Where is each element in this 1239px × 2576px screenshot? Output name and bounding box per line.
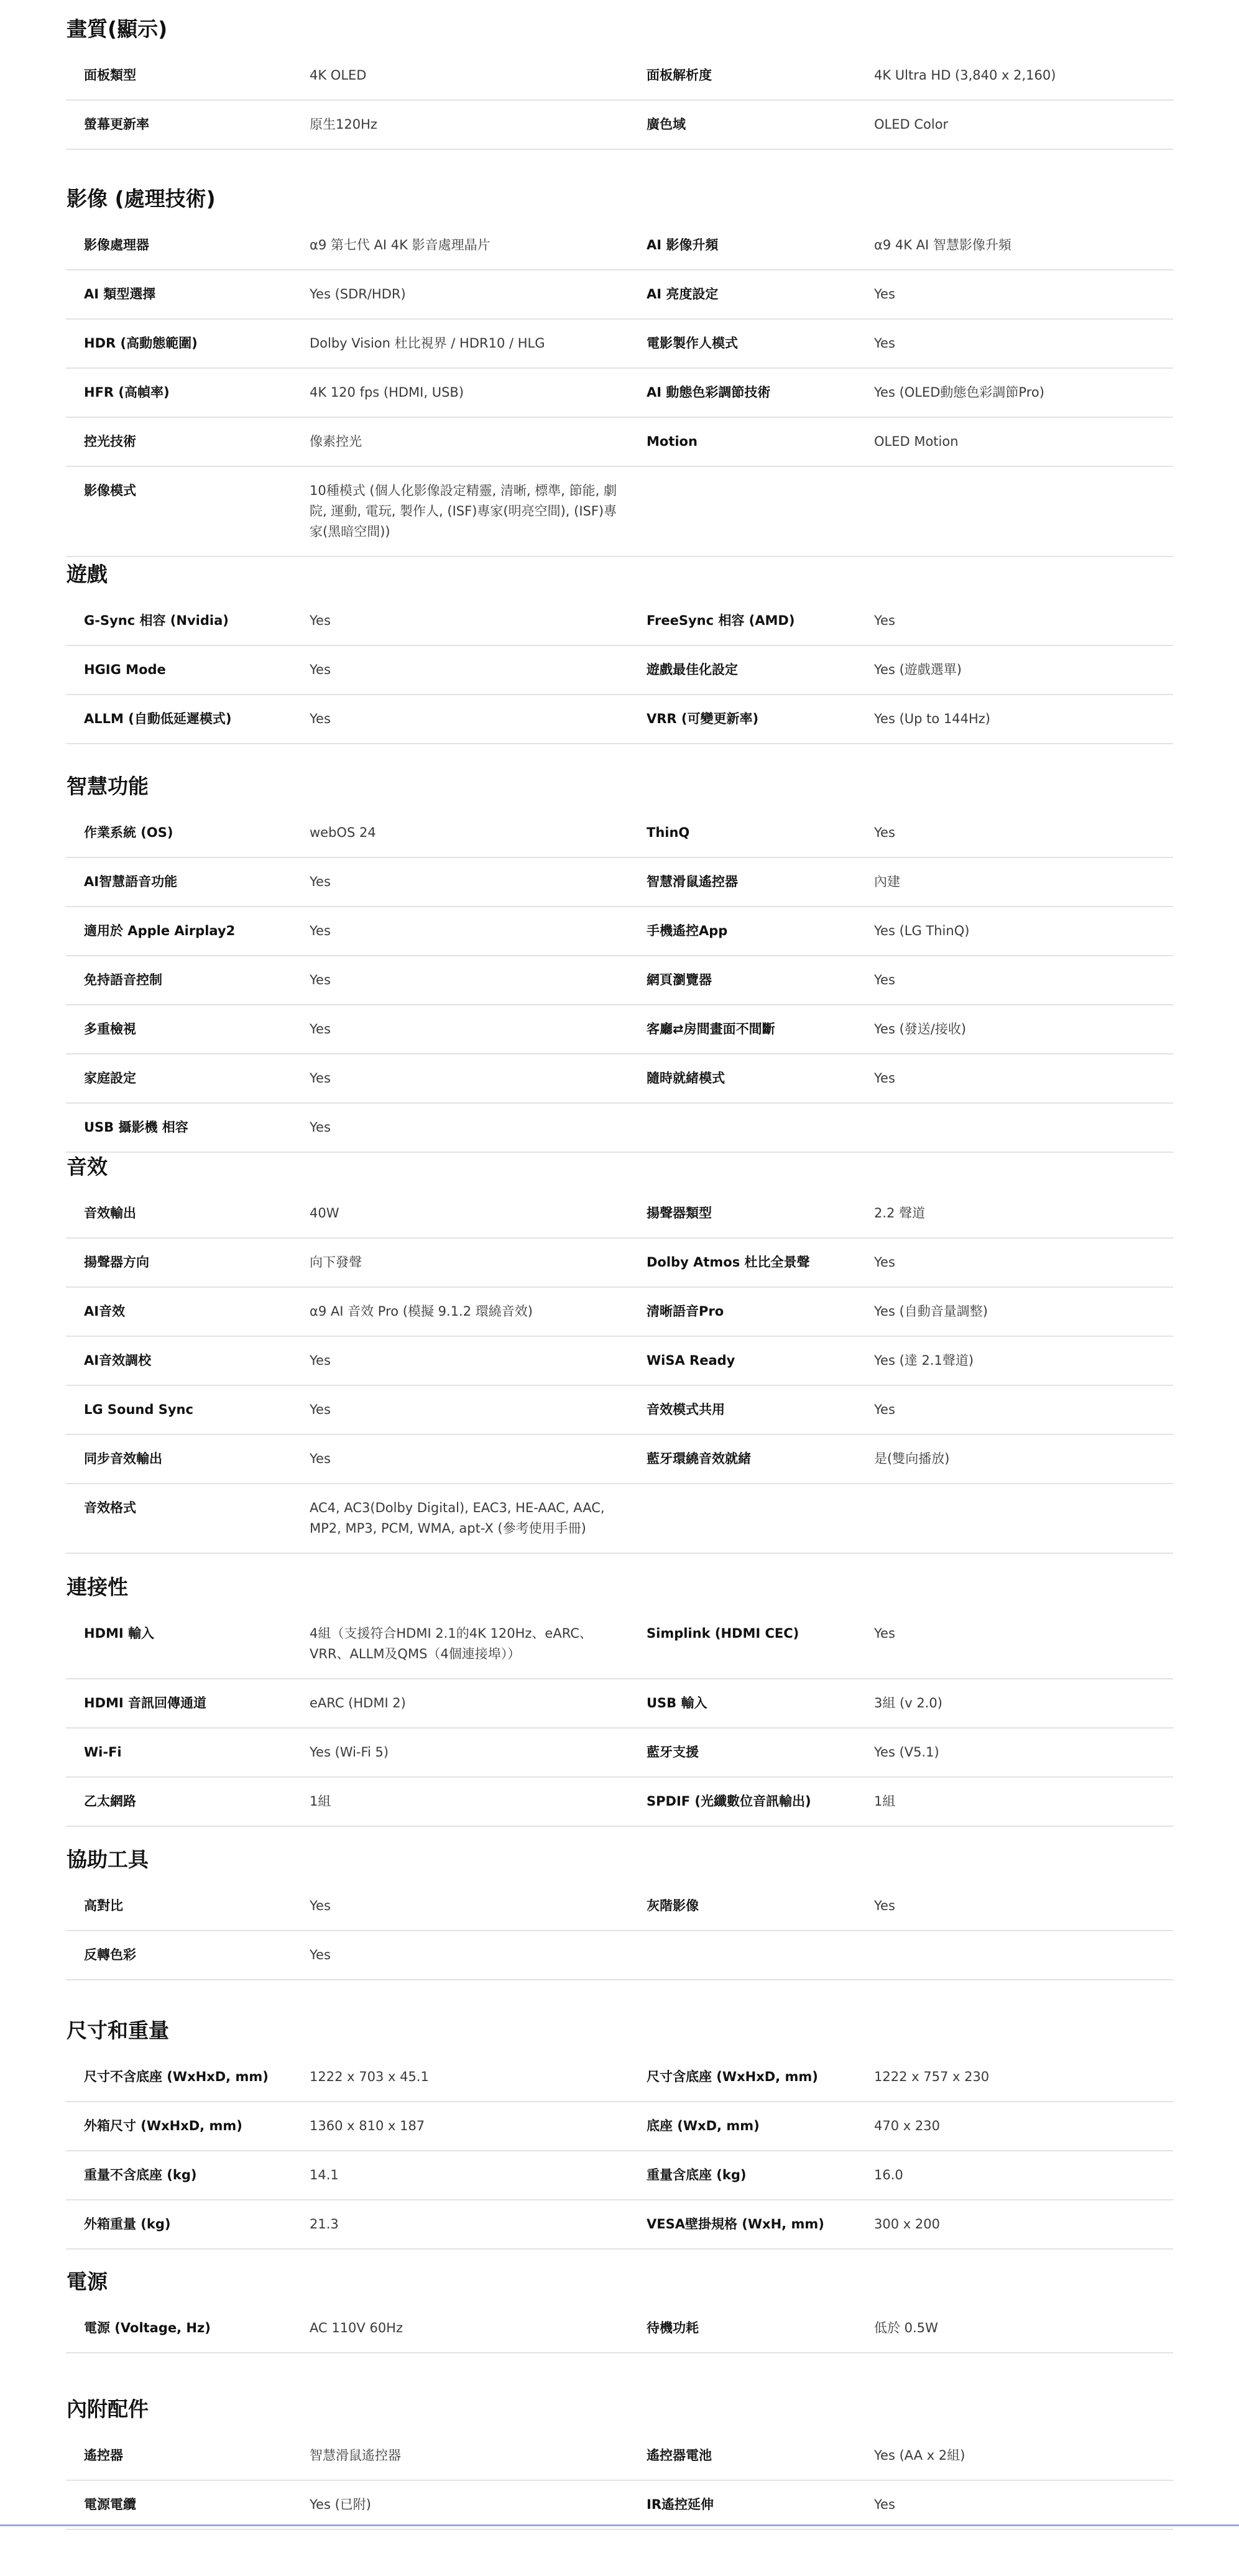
spec-value: eARC (HDMI 2) [310,1679,629,1728]
spec-value: 4組（支援符合HDMI 2.1的4K 120Hz、eARC、VRR、ALLM及Q… [310,1610,629,1679]
spec-label: HDR (高動態範圍) [66,319,310,368]
spec-row: 音效輸出40W揚聲器類型2.2 聲道 [66,1189,1173,1238]
spec-label [629,1103,874,1152]
spec-value: Yes (SDR/HDR) [310,270,629,319]
spec-row: 乙太網路1組SPDIF (光纖數位音訊輸出)1組 [66,1777,1173,1826]
spec-label: AI 亮度設定 [629,270,874,319]
spec-label: 底座 (WxD, mm) [629,2102,874,2151]
spec-row: HFR (高幀率)4K 120 fps (HDMI, USB)AI 動態色彩調節… [66,368,1173,417]
spec-row: 遙控器智慧滑鼠遙控器遙控器電池Yes (AA x 2組) [66,2432,1173,2480]
spec-value: Yes (達 2.1聲道) [874,1336,1173,1385]
spec-value: 1組 [310,1777,629,1826]
spec-table: 影像處理器α9 第七代 AI 4K 影音處理晶片AI 影像升頻α9 4K AI … [66,221,1173,557]
spec-label: 影像模式 [66,466,310,556]
section-title: 內附配件 [66,2397,1173,2422]
spec-label: 高對比 [66,1882,310,1931]
spec-value: Yes [874,597,1173,645]
spec-label: 免持語音控制 [66,956,310,1005]
spec-label: 客廳⇄房間畫面不間斷 [629,1005,874,1054]
spec-label: 電源 (Voltage, Hz) [66,2304,310,2353]
spec-value: Yes (已附) [310,2480,629,2529]
section-title: 尺寸和重量 [66,2018,1173,2043]
spec-value: Yes [874,809,1173,857]
spec-table: 尺寸不含底座 (WxHxD, mm)1222 x 703 x 45.1尺寸含底座… [66,2053,1173,2250]
spec-value: Dolby Vision 杜比視界 / HDR10 / HLG [310,319,629,368]
spec-label: 尺寸不含底座 (WxHxD, mm) [66,2053,310,2102]
spec-value: Yes [310,1005,629,1054]
spec-label [629,1931,874,1980]
spec-row: 電源電纜Yes (已附)IR遙控延伸Yes [66,2480,1173,2529]
spec-value: Yes (Up to 144Hz) [874,695,1173,744]
spec-row: 外箱重量 (kg)21.3VESA壁掛規格 (WxH, mm)300 x 200 [66,2200,1173,2249]
spec-label: USB 輸入 [629,1679,874,1728]
spec-value: Yes (自動音量調整) [874,1287,1173,1336]
spec-value: Yes [310,857,629,907]
spec-label: SPDIF (光纖數位音訊輸出) [629,1777,874,1826]
spec-value: 是(雙向播放) [874,1434,1173,1484]
spec-label: 電影製作人模式 [629,319,874,368]
spec-value: 向下發聲 [310,1238,629,1287]
spec-value: 21.3 [310,2200,629,2249]
spec-row: 尺寸不含底座 (WxHxD, mm)1222 x 703 x 45.1尺寸含底座… [66,2053,1173,2102]
spec-value: Yes [310,956,629,1005]
spec-table: 電源 (Voltage, Hz)AC 110V 60Hz待機功耗低於 0.5W [66,2304,1173,2353]
spec-value: 300 x 200 [874,2200,1173,2249]
spec-value: 內建 [874,857,1173,907]
spec-label: 重量含底座 (kg) [629,2151,874,2200]
spec-value: 470 x 230 [874,2102,1173,2151]
spec-label: AI 動態色彩調節技術 [629,368,874,417]
spec-section: 遊戲G-Sync 相容 (Nvidia)YesFreeSync 相容 (AMD)… [66,562,1173,744]
spec-value: Yes [310,1882,629,1931]
spec-label: AI 類型選擇 [66,270,310,319]
spec-section: 音效音效輸出40W揚聲器類型2.2 聲道揚聲器方向向下發聲Dolby Atmos… [66,1155,1173,1554]
spec-label: 隨時就緒模式 [629,1054,874,1103]
spec-label: 灰階影像 [629,1882,874,1931]
spec-value: Yes [874,956,1173,1005]
spec-value: Yes [874,270,1173,319]
spec-value: Yes [310,907,629,956]
spec-label: ThinQ [629,809,874,857]
spec-section: 畫質(顯示)面板類型4K OLED面板解析度4K Ultra HD (3,840… [66,17,1173,150]
spec-value: 智慧滑鼠遙控器 [310,2432,629,2480]
spec-value: 14.1 [310,2151,629,2200]
spec-value: Yes [874,1882,1173,1931]
spec-value: Yes [310,1103,629,1152]
spec-label: 面板類型 [66,52,310,100]
spec-row: USB 攝影機 相容Yes [66,1103,1173,1152]
spec-value: 原生120Hz [310,100,629,149]
spec-row: 家庭設定Yes隨時就緒模式Yes [66,1054,1173,1103]
spec-row: HGIG ModeYes遊戲最佳化設定Yes (遊戲選單) [66,645,1173,695]
spec-label: HGIG Mode [66,645,310,695]
spec-value: 4K Ultra HD (3,840 x 2,160) [874,52,1173,100]
spec-value: Yes [874,1054,1173,1103]
spec-label: VRR (可變更新率) [629,695,874,744]
spec-table: G-Sync 相容 (Nvidia)YesFreeSync 相容 (AMD)Ye… [66,597,1173,744]
spec-label: 多重檢視 [66,1005,310,1054]
spec-label: 面板解析度 [629,52,874,100]
spec-table: 遙控器智慧滑鼠遙控器遙控器電池Yes (AA x 2組)電源電纜Yes (已附)… [66,2432,1173,2530]
spec-label: Wi-Fi [66,1728,310,1777]
spec-value: Yes (遊戲選單) [874,645,1173,695]
spec-value: 4K OLED [310,52,629,100]
spec-row: 同步音效輸出Yes藍牙環繞音效就緒是(雙向播放) [66,1434,1173,1484]
spec-value: AC 110V 60Hz [310,2304,629,2353]
spec-value: α9 AI 音效 Pro (模擬 9.1.2 環繞音效) [310,1287,629,1336]
spec-value: 3組 (v 2.0) [874,1679,1173,1728]
spec-value: 2.2 聲道 [874,1189,1173,1238]
spec-value: Yes [310,695,629,744]
spec-value: 像素控光 [310,417,629,466]
spec-value: Yes [874,319,1173,368]
spec-row: 外箱尺寸 (WxHxD, mm)1360 x 810 x 187底座 (WxD,… [66,2102,1173,2151]
spec-label: AI音效調校 [66,1336,310,1385]
spec-label: 音效輸出 [66,1189,310,1238]
spec-value: OLED Color [874,100,1173,149]
spec-label: G-Sync 相容 (Nvidia) [66,597,310,645]
spec-label: Dolby Atmos 杜比全景聲 [629,1238,874,1287]
section-title: 影像 (處理技術) [66,187,1173,211]
spec-label [629,1484,874,1553]
spec-value: 1360 x 810 x 187 [310,2102,629,2151]
spec-value: Yes [310,1336,629,1385]
spec-value [874,1931,1173,1980]
spec-label: AI智慧語音功能 [66,857,310,907]
spec-section: 影像 (處理技術)影像處理器α9 第七代 AI 4K 影音處理晶片AI 影像升頻… [66,187,1173,557]
spec-table: 音效輸出40W揚聲器類型2.2 聲道揚聲器方向向下發聲Dolby Atmos 杜… [66,1189,1173,1554]
spec-label: 遙控器電池 [629,2432,874,2480]
spec-label: 乙太網路 [66,1777,310,1826]
spec-value: 40W [310,1189,629,1238]
spec-section: 連接性HDMI 輸入4組（支援符合HDMI 2.1的4K 120Hz、eARC、… [66,1575,1173,1827]
spec-row: 電源 (Voltage, Hz)AC 110V 60Hz待機功耗低於 0.5W [66,2304,1173,2353]
spec-value: Yes [874,1385,1173,1434]
spec-row: 影像處理器α9 第七代 AI 4K 影音處理晶片AI 影像升頻α9 4K AI … [66,221,1173,270]
spec-value: 1組 [874,1777,1173,1826]
spec-section: 電源電源 (Voltage, Hz)AC 110V 60Hz待機功耗低於 0.5… [66,2269,1173,2353]
spec-value: webOS 24 [310,809,629,857]
spec-value: α9 4K AI 智慧影像升頻 [874,221,1173,270]
spec-value: OLED Motion [874,417,1173,466]
spec-label: 作業系統 (OS) [66,809,310,857]
spec-label: 電源電纜 [66,2480,310,2529]
spec-label: 音效模式共用 [629,1385,874,1434]
spec-label: USB 攝影機 相容 [66,1103,310,1152]
spec-value: Yes [874,1610,1173,1679]
spec-row: G-Sync 相容 (Nvidia)YesFreeSync 相容 (AMD)Ye… [66,597,1173,645]
spec-label: 待機功耗 [629,2304,874,2353]
spec-row: ALLM (自動低延遲模式)YesVRR (可變更新率)Yes (Up to 1… [66,695,1173,744]
spec-label: FreeSync 相容 (AMD) [629,597,874,645]
spec-row: AI音效調校YesWiSA ReadyYes (達 2.1聲道) [66,1336,1173,1385]
spec-label: HDMI 輸入 [66,1610,310,1679]
spec-label: 網頁瀏覽器 [629,956,874,1005]
spec-label: 清晰語音Pro [629,1287,874,1336]
spec-table: 面板類型4K OLED面板解析度4K Ultra HD (3,840 x 2,1… [66,52,1173,150]
spec-row: HDR (高動態範圍)Dolby Vision 杜比視界 / HDR10 / H… [66,319,1173,368]
spec-label: AI音效 [66,1287,310,1336]
spec-row: 面板類型4K OLED面板解析度4K Ultra HD (3,840 x 2,1… [66,52,1173,100]
spec-value: Yes [310,1931,629,1980]
section-title: 遊戲 [66,562,1173,587]
spec-row: 適用於 Apple Airplay2Yes手機遙控AppYes (LG Thin… [66,907,1173,956]
spec-value [874,1484,1173,1553]
spec-label: 遙控器 [66,2432,310,2480]
spec-table: HDMI 輸入4組（支援符合HDMI 2.1的4K 120Hz、eARC、VRR… [66,1610,1173,1827]
spec-row: HDMI 音訊回傳通道eARC (HDMI 2)USB 輸入3組 (v 2.0) [66,1679,1173,1728]
spec-label: 揚聲器類型 [629,1189,874,1238]
spec-section: 尺寸和重量尺寸不含底座 (WxHxD, mm)1222 x 703 x 45.1… [66,2018,1173,2250]
spec-value: 4K 120 fps (HDMI, USB) [310,368,629,417]
spec-label [629,466,874,556]
section-title: 電源 [66,2269,1173,2294]
spec-label: VESA壁掛規格 (WxH, mm) [629,2200,874,2249]
spec-label: Motion [629,417,874,466]
spec-section: 內附配件遙控器智慧滑鼠遙控器遙控器電池Yes (AA x 2組)電源電纜Yes … [66,2397,1173,2530]
spec-label: 音效格式 [66,1484,310,1553]
spec-label: HDMI 音訊回傳通道 [66,1679,310,1728]
spec-label: 家庭設定 [66,1054,310,1103]
spec-value: Yes (LG ThinQ) [874,907,1173,956]
spec-value: 低於 0.5W [874,2304,1173,2353]
spec-row: 重量不含底座 (kg)14.1重量含底座 (kg)16.0 [66,2151,1173,2200]
spec-row: 影像模式10種模式 (個人化影像設定精靈, 清晰, 標準, 節能, 劇院, 運動… [66,466,1173,556]
spec-value: Yes (OLED動態色彩調節Pro) [874,368,1173,417]
spec-label: 藍牙支援 [629,1728,874,1777]
section-title: 連接性 [66,1575,1173,1600]
spec-row: 高對比Yes灰階影像Yes [66,1882,1173,1931]
spec-row: 螢幕更新率原生120Hz廣色域OLED Color [66,100,1173,149]
spec-label: 螢幕更新率 [66,100,310,149]
spec-value: Yes [310,1385,629,1434]
spec-row: AI音效α9 AI 音效 Pro (模擬 9.1.2 環繞音效)清晰語音ProY… [66,1287,1173,1336]
spec-label: 藍牙環繞音效就緒 [629,1434,874,1484]
spec-label: 尺寸含底座 (WxHxD, mm) [629,2053,874,2102]
spec-row: 音效格式AC4, AC3(Dolby Digital), EAC3, HE-AA… [66,1484,1173,1553]
spec-row: HDMI 輸入4組（支援符合HDMI 2.1的4K 120Hz、eARC、VRR… [66,1610,1173,1679]
spec-label: Simplink (HDMI CEC) [629,1610,874,1679]
spec-row: LG Sound SyncYes音效模式共用Yes [66,1385,1173,1434]
spec-label: 重量不含底座 (kg) [66,2151,310,2200]
spec-value: α9 第七代 AI 4K 影音處理晶片 [310,221,629,270]
section-title: 音效 [66,1155,1173,1180]
spec-row: 作業系統 (OS)webOS 24ThinQYes [66,809,1173,857]
spec-label: WiSA Ready [629,1336,874,1385]
spec-row: 揚聲器方向向下發聲Dolby Atmos 杜比全景聲Yes [66,1238,1173,1287]
spec-row: 控光技術像素控光MotionOLED Motion [66,417,1173,466]
section-title: 智慧功能 [66,774,1173,799]
spec-label: 遊戲最佳化設定 [629,645,874,695]
spec-label: 影像處理器 [66,221,310,270]
spec-label: 手機遙控App [629,907,874,956]
spec-value [874,1103,1173,1152]
spec-value: Yes [310,597,629,645]
spec-row: Wi-FiYes (Wi-Fi 5)藍牙支援Yes (V5.1) [66,1728,1173,1777]
spec-value: Yes [310,645,629,695]
spec-label: HFR (高幀率) [66,368,310,417]
spec-label: LG Sound Sync [66,1385,310,1434]
spec-label: ALLM (自動低延遲模式) [66,695,310,744]
spec-value: 10種模式 (個人化影像設定精靈, 清晰, 標準, 節能, 劇院, 運動, 電玩… [310,466,629,556]
spec-value: Yes (發送/接收) [874,1005,1173,1054]
spec-row: 反轉色彩Yes [66,1931,1173,1980]
spec-row: 多重檢視Yes客廳⇄房間畫面不間斷Yes (發送/接收) [66,1005,1173,1054]
section-title: 畫質(顯示) [66,17,1173,42]
spec-row: 免持語音控制Yes網頁瀏覽器Yes [66,956,1173,1005]
spec-label: 外箱尺寸 (WxHxD, mm) [66,2102,310,2151]
spec-value: Yes (Wi-Fi 5) [310,1728,629,1777]
spec-row: AI智慧語音功能Yes智慧滑鼠遙控器內建 [66,857,1173,907]
spec-value: Yes [874,1238,1173,1287]
spec-table: 作業系統 (OS)webOS 24ThinQYesAI智慧語音功能Yes智慧滑鼠… [66,809,1173,1153]
spec-row: AI 類型選擇Yes (SDR/HDR)AI 亮度設定Yes [66,270,1173,319]
spec-value: Yes (AA x 2組) [874,2432,1173,2480]
spec-value: Yes (V5.1) [874,1728,1173,1777]
spec-label: 外箱重量 (kg) [66,2200,310,2249]
spec-label: 控光技術 [66,417,310,466]
spec-value: Yes [310,1434,629,1484]
spec-label: IR遙控延伸 [629,2480,874,2529]
spec-label: AI 影像升頻 [629,221,874,270]
spec-value: 16.0 [874,2151,1173,2200]
spec-value: 1222 x 757 x 230 [874,2053,1173,2102]
spec-table: 高對比Yes灰階影像Yes反轉色彩Yes [66,1882,1173,1980]
spec-value: 1222 x 703 x 45.1 [310,2053,629,2102]
spec-value: Yes [874,2480,1173,2529]
spec-label: 同步音效輸出 [66,1434,310,1484]
spec-label: 廣色域 [629,100,874,149]
spec-value: Yes [310,1054,629,1103]
spec-section: 協助工具高對比Yes灰階影像Yes反轉色彩Yes [66,1847,1173,1980]
spec-label: 適用於 Apple Airplay2 [66,907,310,956]
spec-label: 揚聲器方向 [66,1238,310,1287]
section-title: 協助工具 [66,1847,1173,1872]
spec-label: 反轉色彩 [66,1931,310,1980]
spec-value [874,466,1173,556]
spec-value: AC4, AC3(Dolby Digital), EAC3, HE-AAC, A… [310,1484,629,1553]
spec-label: 智慧滑鼠遙控器 [629,857,874,907]
spec-section: 智慧功能作業系統 (OS)webOS 24ThinQYesAI智慧語音功能Yes… [66,774,1173,1153]
bottom-divider [0,2524,1239,2526]
